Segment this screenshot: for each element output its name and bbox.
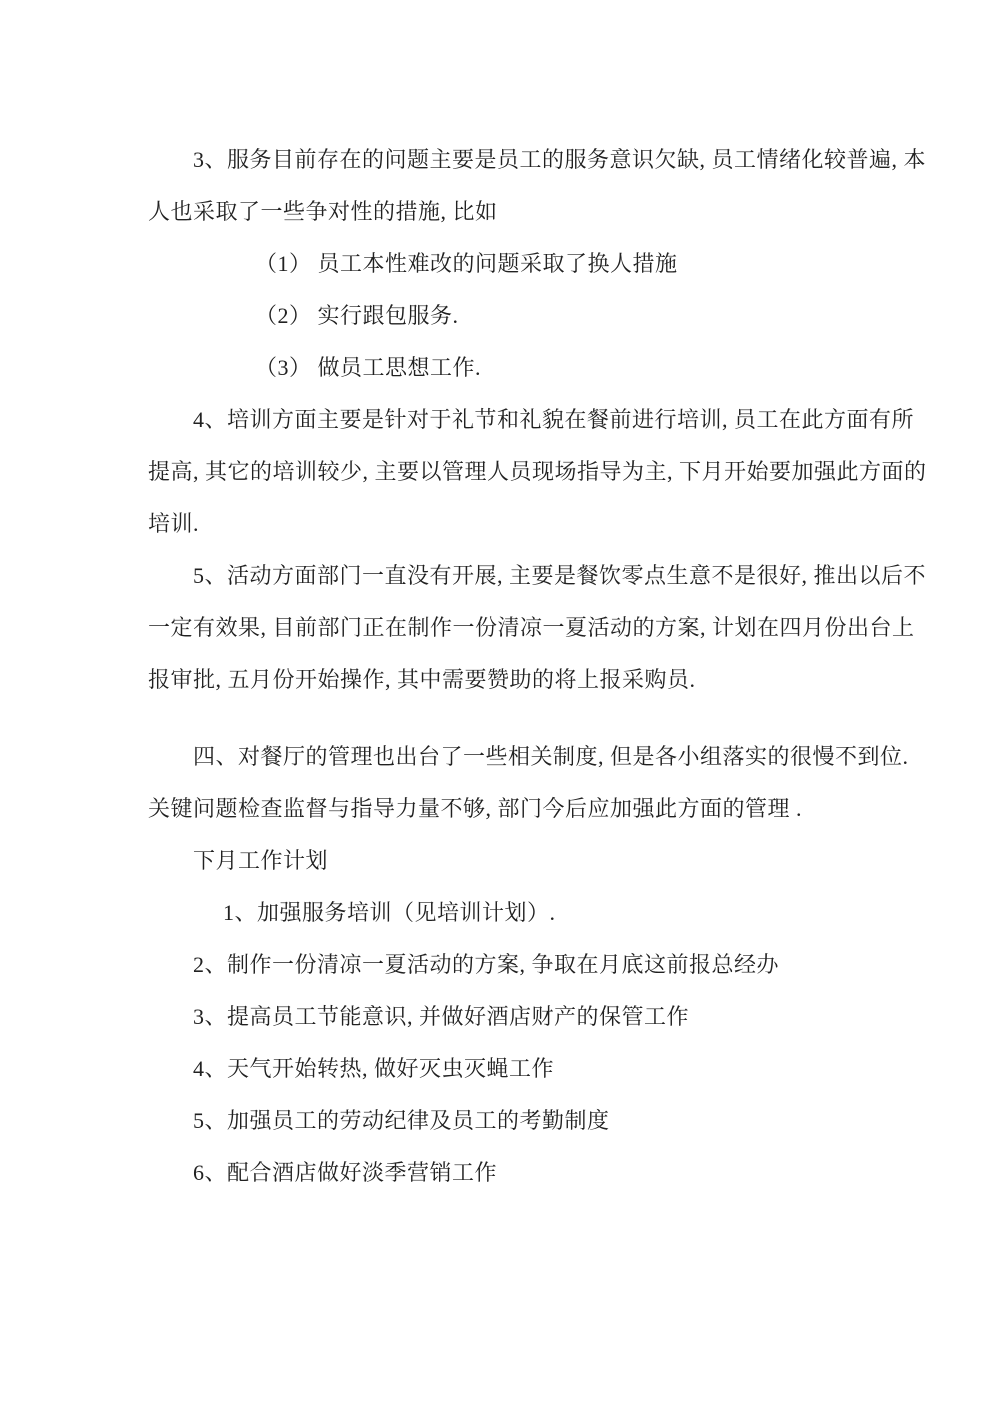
sub-item-3: （3） 做员工思想工作.	[148, 342, 960, 394]
paragraph-si-line-2: 关键问题检查监督与指导力量不够, 部门今后应加强此方面的管理 .	[148, 783, 960, 835]
plan-item-6: 6、配合酒店做好淡季营销工作	[148, 1147, 960, 1199]
sub-item-2: （2） 实行跟包服务.	[148, 290, 960, 342]
plan-item-3: 3、提高员工节能意识, 并做好酒店财产的保管工作	[148, 991, 960, 1043]
document-page: 3、服务目前存在的问题主要是员工的服务意识欠缺, 员工情绪化较普遍, 本 人也采…	[0, 0, 1000, 1415]
paragraph-4-line-3: 培训.	[148, 498, 960, 550]
paragraph-3-line-2: 人也采取了一些争对性的措施, 比如	[148, 186, 960, 238]
next-month-plan-heading: 下月工作计划	[148, 835, 960, 887]
paragraph-5-line-3: 报审批, 五月份开始操作, 其中需要赞助的将上报采购员.	[148, 654, 960, 706]
paragraph-5-line-1: 5、活动方面部门一直没有开展, 主要是餐饮零点生意不是很好, 推出以后不	[148, 550, 960, 602]
plan-item-5: 5、加强员工的劳动纪律及员工的考勤制度	[148, 1095, 960, 1147]
sub-item-1: （1） 员工本性难改的问题采取了换人措施	[148, 238, 960, 290]
paragraph-si-line-1: 四、对餐厅的管理也出台了一些相关制度, 但是各小组落实的很慢不到位.	[148, 731, 960, 783]
paragraph-4-line-1: 4、培训方面主要是针对于礼节和礼貌在餐前进行培训, 员工在此方面有所	[148, 394, 960, 446]
paragraph-4-line-2: 提高, 其它的培训较少, 主要以管理人员现场指导为主, 下月开始要加强此方面的	[148, 446, 960, 498]
paragraph-5-line-2: 一定有效果, 目前部门正在制作一份清凉一夏活动的方案, 计划在四月份出台上	[148, 602, 960, 654]
plan-item-1: 1、加强服务培训（见培训计划）.	[148, 887, 960, 939]
plan-item-4: 4、天气开始转热, 做好灭虫灭蝇工作	[148, 1043, 960, 1095]
plan-item-2: 2、制作一份清凉一夏活动的方案, 争取在月底这前报总经办	[148, 939, 960, 991]
paragraph-3-line-1: 3、服务目前存在的问题主要是员工的服务意识欠缺, 员工情绪化较普遍, 本	[148, 134, 960, 186]
